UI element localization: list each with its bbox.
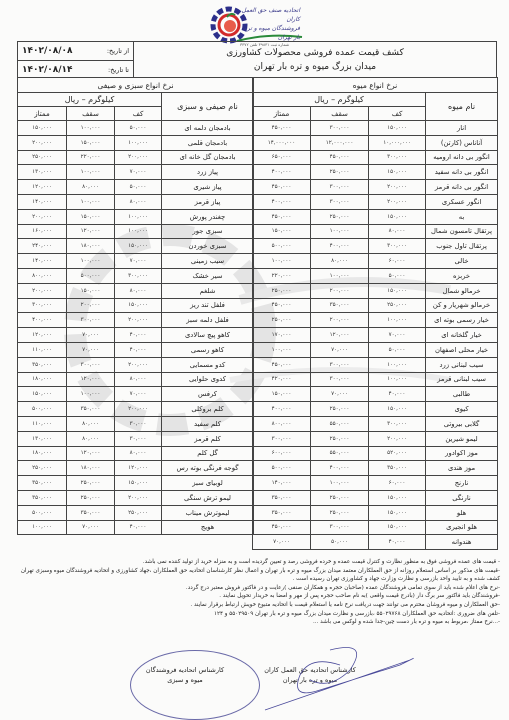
price-max: ۲۵۰,۰۰۰ xyxy=(67,476,115,491)
price-max: ۲۵۰,۰۰۰ xyxy=(311,490,369,505)
price-max: ۷۰,۰۰۰ xyxy=(67,342,115,357)
price-min: ۲۵۰,۰۰۰ xyxy=(115,505,162,520)
price-premium: ۴۰۰,۰۰۰ xyxy=(18,313,67,328)
footnote: -...نرخ ممتاز ،مربوط به میوه و تره بار د… xyxy=(10,618,500,627)
price-min: ۶۰,۰۰۰ xyxy=(369,254,426,269)
table-row: پیاز شیری۵۰,۰۰۰۸۰,۰۰۰۱۲۰,۰۰۰ xyxy=(18,180,254,195)
footnote: -حق العملکاران و میوه فروشان محترم می تو… xyxy=(10,601,500,610)
item-name: انگور بی دانه سفید xyxy=(426,165,498,180)
price-premium: ۴۵۰,۰۰۰ xyxy=(253,357,311,372)
table-row: لوبیای سبز۱۵۰,۰۰۰۲۵۰,۰۰۰۳۵۰,۰۰۰ xyxy=(18,476,254,491)
price-min: ۸۰,۰۰۰ xyxy=(115,283,162,298)
price-max: ۳۵۰,۰۰۰ xyxy=(311,298,369,313)
price-max: ۷۰,۰۰۰ xyxy=(67,520,115,535)
price-min: ۲۰۰,۰۰۰ xyxy=(115,402,162,417)
fruit-max-header: سقف xyxy=(311,107,369,121)
price-premium: ۱۸۰,۰۰۰ xyxy=(18,372,67,387)
fruit-name-header: نام میوه xyxy=(426,93,498,121)
price-min: ۱۵۰,۰۰۰ xyxy=(115,298,162,313)
price-max: ۴۵۰,۰۰۰ xyxy=(311,150,369,165)
fruit-unit-header: کیلوگرم – ریال xyxy=(253,93,426,107)
veg-min-header: کف xyxy=(115,107,162,121)
table-row: خیار رسمی بوته ای۱۰۰,۰۰۰۲۰۰,۰۰۰۲۵۰,۰۰۰ xyxy=(253,313,498,328)
price-premium: ۱۰۰,۰۰۰ xyxy=(253,254,311,269)
price-max: ۳۰۰,۰۰۰ xyxy=(311,520,369,535)
price-max: ۲۵۰,۰۰۰ xyxy=(311,209,369,224)
price-min: ۱۰۰,۰۰۰ xyxy=(115,224,162,239)
signature-title: کارشناس اتحادیه فروشندگان xyxy=(140,665,230,675)
item-name: شلغم xyxy=(162,283,254,298)
item-name: پیاز قرمز xyxy=(162,194,254,209)
title-line-1: کشف قیمت عمده فروشی محصولات کشاورزی xyxy=(134,46,496,60)
table-row: کاهو رسمی۴۰,۰۰۰۷۰,۰۰۰۱۱۰,۰۰۰ xyxy=(18,342,254,357)
price-min: ۴۰,۰۰۰ xyxy=(115,520,162,535)
table-row: هلو انجیری۱۵۰,۰۰۰۳۰۰,۰۰۰۴۵۰,۰۰۰ xyxy=(253,520,498,535)
logo-text: اتحادیه صنف حق العمل کاران فروشندگان میو… xyxy=(240,6,300,42)
table-row: کرفس۷۰,۰۰۰۱۰۰,۰۰۰۱۵۰,۰۰۰ xyxy=(18,387,254,402)
veg-section-title: نرخ انواع سبزی و صیفی xyxy=(18,78,254,93)
price-max: ۱۰۰,۰۰۰ xyxy=(67,165,115,180)
price-premium: ۲۰۰,۰۰۰ xyxy=(18,283,67,298)
item-name: فلفل دلمه سبز xyxy=(162,313,254,328)
price-max: ۵۵۰,۰۰۰ xyxy=(311,416,369,431)
item-name: فلفل تند ریز xyxy=(162,298,254,313)
table-row: نارنگی۱۵۰,۰۰۰۲۵۰,۰۰۰۳۵۰,۰۰۰ xyxy=(253,490,498,505)
table-row: لیموترش میناب۲۵۰,۰۰۰۳۵۰,۰۰۰۵۰۰,۰۰۰ xyxy=(18,505,254,520)
item-name: خرمالو شمال xyxy=(426,283,498,298)
price-max: ۳۰۰,۰۰۰ xyxy=(311,357,369,372)
table-row: طالبی۴۰,۰۰۰۷۰,۰۰۰۱۵۰,۰۰۰ xyxy=(253,387,498,402)
price-min: ۱۵۰,۰۰۰ xyxy=(369,283,426,298)
price-max: ۲۵۰,۰۰۰ xyxy=(311,505,369,520)
item-name: بادمجان قلمی xyxy=(162,135,254,150)
price-premium: ۶۰۰,۰۰۰ xyxy=(253,446,311,461)
item-name: لیمو ترش سنگی xyxy=(162,490,254,505)
price-min: ۳۰۰,۰۰۰ xyxy=(369,150,426,165)
price-min: ۳۵۰,۰۰۰ xyxy=(369,461,426,476)
price-min: ۱۵۰,۰۰۰ xyxy=(369,209,426,224)
price-min: ۴۰,۰۰۰ xyxy=(115,328,162,343)
item-name: خیار گلخانه ای xyxy=(426,328,498,343)
price-premium: ۵۰۰,۰۰۰ xyxy=(18,402,67,417)
signature-veg-union: کارشناس اتحادیه فروشندگان میوه و سبزی xyxy=(140,665,230,685)
item-name: به xyxy=(426,209,498,224)
footnote: -نرخ های اعلام شده باید از سوی تمامی فرو… xyxy=(10,584,500,593)
table-row: انگور بی دانه قرمز۲۰۰,۰۰۰۳۰۰,۰۰۰۴۵۰,۰۰۰ xyxy=(253,180,498,195)
veg-premium-header: ممتاز xyxy=(18,107,67,121)
price-premium: ۷۰,۰۰۰ xyxy=(253,535,311,550)
price-premium: ۲۵۰,۰۰۰ xyxy=(253,313,311,328)
table-row: کلم بروکلی۲۰۰,۰۰۰۳۵۰,۰۰۰۵۰۰,۰۰۰ xyxy=(18,402,254,417)
item-name: کاهو رسمی xyxy=(162,342,254,357)
price-max: ۴۰۰,۰۰۰ xyxy=(311,239,369,254)
item-name: نارنگی xyxy=(426,490,498,505)
price-min: ۲۰۰,۰۰۰ xyxy=(369,431,426,446)
table-row: انار۱۵۰,۰۰۰۳۰۰,۰۰۰۴۵۰,۰۰۰ xyxy=(253,121,498,136)
table-row: نارنج۶۰,۰۰۰۱۰۰,۰۰۰۱۴۰,۰۰۰ xyxy=(253,476,498,491)
item-name: کیوی xyxy=(426,402,498,417)
price-max: ۱۲۰,۰۰۰ xyxy=(67,224,115,239)
price-max: ۳۰۰,۰۰۰ xyxy=(311,121,369,136)
price-min: ۳۰,۰۰۰ xyxy=(115,431,162,446)
item-name: نارنج xyxy=(426,476,498,491)
price-premium: ۲۰۰,۰۰۰ xyxy=(18,209,67,224)
price-max: ۳۰۰,۰۰۰ xyxy=(67,313,115,328)
item-name: کدو مسمایی xyxy=(162,357,254,372)
price-max: ۱۲۰,۰۰۰ xyxy=(67,372,115,387)
item-name: موز هندی xyxy=(426,461,498,476)
price-min: ۷۰,۰۰۰ xyxy=(115,165,162,180)
fruit-section-title: نرخ انواع میوه xyxy=(253,78,498,93)
footnotes: - قیمت های عمده فروشی فوق به منظور نظارت… xyxy=(10,558,500,627)
table-row: بادمجان دلمه ای۵۰,۰۰۰۱۰۰,۰۰۰۱۵۰,۰۰۰ xyxy=(18,121,254,136)
price-max: ۱۵۰,۰۰۰ xyxy=(67,283,115,298)
item-name: خیار رسمی بوته ای xyxy=(426,313,498,328)
price-min: ۱۵۰,۰۰۰ xyxy=(369,402,426,417)
price-min: ۲۰۰,۰۰۰ xyxy=(369,180,426,195)
price-max: ۱۵۰,۰۰۰ xyxy=(67,209,115,224)
table-row: گلابی بیروتی۳۰۰,۰۰۰۵۵۰,۰۰۰۸۰۰,۰۰۰ xyxy=(253,416,498,431)
footnote: - قیمت های عمده فروشی فوق به منظور نظارت… xyxy=(10,558,500,567)
price-premium: ۲۰۰,۰۰۰ xyxy=(18,135,67,150)
item-name: کلم بروکلی xyxy=(162,402,254,417)
document-title: کشف قیمت عمده فروشی محصولات کشاورزی میدا… xyxy=(134,42,496,78)
veg-unit-header: کیلوگرم – ریال xyxy=(18,93,162,107)
item-name: پیاز زرد xyxy=(162,165,254,180)
item-name: گوجه فرنگی بوته رس xyxy=(162,461,254,476)
table-row: خیار گلخانه ای۷۰,۰۰۰۱۲۰,۰۰۰۱۷۰,۰۰۰ xyxy=(253,328,498,343)
table-row: پرتقال تامسون شمال۸۰,۰۰۰۱۰۰,۰۰۰۱۵۰,۰۰۰ xyxy=(253,224,498,239)
price-premium: ۴۰۰,۰۰۰ xyxy=(253,402,311,417)
price-min: ۳۰۰,۰۰۰ xyxy=(369,416,426,431)
price-min: ۵۲۰,۰۰۰ xyxy=(369,446,426,461)
price-premium: ۱۱۰,۰۰۰ xyxy=(18,342,67,357)
item-name: لوبیای سبز xyxy=(162,476,254,491)
item-name: طالبی xyxy=(426,387,498,402)
price-min: ۴۰,۰۰۰ xyxy=(369,387,426,402)
footnote: -تلفن های ضروری :اتحادیه حق العملکاران ۵… xyxy=(10,610,500,619)
table-row: انگور بی دانه ارومیه۳۰۰,۰۰۰۴۵۰,۰۰۰۶۵۰,۰۰… xyxy=(253,150,498,165)
price-premium: ۱۴۰,۰۰۰ xyxy=(18,194,67,209)
price-premium: ۳۰۰,۰۰۰ xyxy=(253,431,311,446)
item-name: پیاز شیری xyxy=(162,180,254,195)
item-name: خربزه xyxy=(426,268,498,283)
table-row: خالی۶۰,۰۰۰۸۰,۰۰۰۱۰۰,۰۰۰ xyxy=(253,254,498,269)
price-min: ۵۰,۰۰۰ xyxy=(115,121,162,136)
veg-max-header: سقف xyxy=(67,107,115,121)
price-min: ۱۵۰,۰۰۰ xyxy=(369,505,426,520)
document-header: از تاریخ: ۱۴۰۲/۰۸/۰۸ تا تاریخ: ۱۴۰۲/۰۸/۱… xyxy=(17,41,497,78)
price-premium: ۱۴,۰۰۰,۰۰۰ xyxy=(253,135,311,150)
from-date-row: از تاریخ: ۱۴۰۲/۰۸/۰۸ xyxy=(18,42,133,60)
price-premium: ۱۵۰,۰۰۰ xyxy=(18,121,67,136)
price-max: ۸۰,۰۰۰ xyxy=(67,180,115,195)
price-min: ۱۰,۰۰۰,۰۰۰ xyxy=(369,135,426,150)
price-max: ۴۰۰,۰۰۰ xyxy=(311,461,369,476)
price-min: ۱۵۰,۰۰۰ xyxy=(115,239,162,254)
price-max: ۳۰۰,۰۰۰ xyxy=(67,357,115,372)
table-row: سیب لبنانی زرد۱۰۰,۰۰۰۳۰۰,۰۰۰۴۵۰,۰۰۰ xyxy=(253,357,498,372)
price-premium: ۴۰۰,۰۰۰ xyxy=(253,165,311,180)
price-premium: ۴۵۰,۰۰۰ xyxy=(253,209,311,224)
to-date-label: تا تاریخ: xyxy=(108,66,129,74)
table-row: پرتقال تاول جنوب۳۰۰,۰۰۰۴۰۰,۰۰۰۵۰۰,۰۰۰ xyxy=(253,239,498,254)
title-line-2: میدان بزرگ میوه و تره بار تهران xyxy=(134,60,496,74)
item-name: خالی xyxy=(426,254,498,269)
item-name: پرتقال تاول جنوب xyxy=(426,239,498,254)
item-name: سیب لبنانی قرمز xyxy=(426,372,498,387)
price-min: ۲۰۰,۰۰۰ xyxy=(115,313,162,328)
item-name: لیمو شیرین xyxy=(426,431,498,446)
table-row: به۱۵۰,۰۰۰۲۵۰,۰۰۰۴۵۰,۰۰۰ xyxy=(253,209,498,224)
price-min: ۲۵۰,۰۰۰ xyxy=(369,298,426,313)
price-premium: ۴۰۰,۰۰۰ xyxy=(253,194,311,209)
item-name: آناناس (کارتن) xyxy=(426,135,498,150)
price-premium: ۶۵۰,۰۰۰ xyxy=(253,150,311,165)
price-max: ۸۰,۰۰۰ xyxy=(67,416,115,431)
price-max: ۸۰,۰۰۰ xyxy=(67,431,115,446)
price-min: ۱۵۰,۰۰۰ xyxy=(369,520,426,535)
item-name: کرفس xyxy=(162,387,254,402)
item-name: سیب زمینی xyxy=(162,254,254,269)
price-premium: ۱۵۰,۰۰۰ xyxy=(253,387,311,402)
price-premium: ۴۵۰,۰۰۰ xyxy=(253,520,311,535)
item-name: انگور عسکری xyxy=(426,194,498,209)
price-min: ۸۰,۰۰۰ xyxy=(115,372,162,387)
price-min: ۱۵۰,۰۰۰ xyxy=(369,165,426,180)
item-name: انگور بی دانه ارومیه xyxy=(426,150,498,165)
item-name: پرتقال تامسون شمال xyxy=(426,224,498,239)
price-max: ۳۵۰,۰۰۰ xyxy=(67,402,115,417)
price-max: ۱۰۰,۰۰۰ xyxy=(67,194,115,209)
fruit-min-header: کف xyxy=(369,107,426,121)
table-row: سیر خشک۳۰۰,۰۰۰۵۰۰,۰۰۰۸۰۰,۰۰۰ xyxy=(18,268,254,283)
price-premium: ۱۸۰,۰۰۰ xyxy=(18,446,67,461)
table-row: هویج۴۰,۰۰۰۷۰,۰۰۰۱۰۰,۰۰۰ xyxy=(18,520,254,535)
table-row: گل کلم۸۰,۰۰۰۱۲۰,۰۰۰۱۸۰,۰۰۰ xyxy=(18,446,254,461)
price-premium: ۴۲۰,۰۰۰ xyxy=(253,372,311,387)
table-row: کلم قرمز۳۰,۰۰۰۸۰,۰۰۰۱۳۰,۰۰۰ xyxy=(18,431,254,446)
price-premium: ۱۳۰,۰۰۰ xyxy=(18,165,67,180)
price-min: ۷۰,۰۰۰ xyxy=(115,387,162,402)
table-row: موز هندی۳۵۰,۰۰۰۴۰۰,۰۰۰۵۰۰,۰۰۰ xyxy=(253,461,498,476)
price-max: ۱۰۰,۰۰۰ xyxy=(67,121,115,136)
price-min: ۳۰,۰۰۰ xyxy=(115,416,162,431)
table-row: آناناس (کارتن)۱۰,۰۰۰,۰۰۰۱۲,۰۰۰,۰۰۰۱۴,۰۰۰… xyxy=(253,135,498,150)
price-min: ۵۰,۰۰۰ xyxy=(115,180,162,195)
table-row: کلم سفید۳۰,۰۰۰۸۰,۰۰۰۱۱۰,۰۰۰ xyxy=(18,416,254,431)
price-premium: ۱۲۰,۰۰۰ xyxy=(18,328,67,343)
table-row: بادمجان قلمی۱۰۰,۰۰۰۱۵۰,۰۰۰۲۰۰,۰۰۰ xyxy=(18,135,254,150)
price-min: ۱۵۰,۰۰۰ xyxy=(115,476,162,491)
item-name: خرمالو شهریار و کن xyxy=(426,298,498,313)
price-min: ۱۰۰,۰۰۰ xyxy=(115,209,162,224)
item-name: سبزی جور xyxy=(162,224,254,239)
price-min: ۸۰,۰۰۰ xyxy=(115,446,162,461)
item-name: خیار محلی اصفهان xyxy=(426,342,498,357)
price-max: ۲۰۰,۰۰۰ xyxy=(311,283,369,298)
price-max: ۱۲,۰۰۰,۰۰۰ xyxy=(311,135,369,150)
table-row: پیاز قرمز۸۰,۰۰۰۱۰۰,۰۰۰۱۴۰,۰۰۰ xyxy=(18,194,254,209)
table-row: هندوانه۴۰,۰۰۰۵۰,۰۰۰۷۰,۰۰۰ xyxy=(253,535,498,550)
price-max: ۵۵۰,۰۰۰ xyxy=(311,446,369,461)
price-premium: ۱۷۰,۰۰۰ xyxy=(253,328,311,343)
table-row: چغندر پورش۱۰۰,۰۰۰۱۵۰,۰۰۰۲۰۰,۰۰۰ xyxy=(18,209,254,224)
item-name: هلو xyxy=(426,505,498,520)
price-premium: ۵۰۰,۰۰۰ xyxy=(253,239,311,254)
price-max: ۲۵۰,۰۰۰ xyxy=(311,431,369,446)
price-premium: ۲۵۰,۰۰۰ xyxy=(253,283,311,298)
price-max: ۷۰,۰۰۰ xyxy=(311,342,369,357)
table-row: خرمالو شمال۱۵۰,۰۰۰۲۰۰,۰۰۰۲۵۰,۰۰۰ xyxy=(253,283,498,298)
price-premium: ۴۵۰,۰۰۰ xyxy=(253,298,311,313)
price-max: ۱۰۰,۰۰۰ xyxy=(311,224,369,239)
price-max: ۱۲۰,۰۰۰ xyxy=(311,328,369,343)
price-min: ۶۰,۰۰۰ xyxy=(369,476,426,491)
table-row: کدو مسمایی۲۰۰,۰۰۰۳۰۰,۰۰۰۳۵۰,۰۰۰ xyxy=(18,357,254,372)
item-name: بادمجان دلمه ای xyxy=(162,121,254,136)
price-min: ۷۰,۰۰۰ xyxy=(369,328,426,343)
price-max: ۷۰,۰۰۰ xyxy=(311,387,369,402)
table-row: شلغم۸۰,۰۰۰۱۵۰,۰۰۰۲۰۰,۰۰۰ xyxy=(18,283,254,298)
price-premium: ۱۱۰,۰۰۰ xyxy=(18,416,67,431)
table-row: فلفل دلمه سبز۲۰۰,۰۰۰۳۰۰,۰۰۰۴۰۰,۰۰۰ xyxy=(18,313,254,328)
table-row: فلفل تند ریز۱۵۰,۰۰۰۲۰۰,۰۰۰۳۰۰,۰۰۰ xyxy=(18,298,254,313)
table-row: بادمجان گل خانه ای۲۰۰,۰۰۰۲۲۰,۰۰۰۲۵۰,۰۰۰ xyxy=(18,150,254,165)
price-premium: ۵۰۰,۰۰۰ xyxy=(18,505,67,520)
price-min: ۴۰,۰۰۰ xyxy=(115,342,162,357)
price-min: ۸۰,۰۰۰ xyxy=(369,224,426,239)
price-max: ۱۸۰,۰۰۰ xyxy=(67,461,115,476)
table-row: کاهو پیچ سالادی۴۰,۰۰۰۷۰,۰۰۰۱۲۰,۰۰۰ xyxy=(18,328,254,343)
date-range-box: از تاریخ: ۱۴۰۲/۰۸/۰۸ تا تاریخ: ۱۴۰۲/۰۸/۱… xyxy=(18,42,134,78)
price-max: ۵۰,۰۰۰ xyxy=(311,535,369,550)
item-name: لیموترش میناب xyxy=(162,505,254,520)
item-name: انار xyxy=(426,121,498,136)
price-premium: ۱۶۰,۰۰۰ xyxy=(18,224,67,239)
table-row: لیمو ترش سنگی۲۰۰,۰۰۰۲۵۰,۰۰۰۳۵۰,۰۰۰ xyxy=(18,490,254,505)
price-premium: ۲۴۰,۰۰۰ xyxy=(18,239,67,254)
table-row: گوجه فرنگی بوته رس۱۲۰,۰۰۰۱۸۰,۰۰۰۲۵۰,۰۰۰ xyxy=(18,461,254,476)
item-name: انگور بی دانه قرمز xyxy=(426,180,498,195)
fruit-price-table: نرخ انواع میوه نام میوه کیلوگرم – ریال ک… xyxy=(252,77,498,550)
item-name: هلو انجیری xyxy=(426,520,498,535)
item-name: کلم قرمز xyxy=(162,431,254,446)
handwritten-signature-icon xyxy=(260,645,430,715)
item-name: کدوی حلوایی xyxy=(162,372,254,387)
price-premium: ۴۵۰,۰۰۰ xyxy=(253,121,311,136)
price-premium: ۲۵۰,۰۰۰ xyxy=(18,461,67,476)
to-date-row: تا تاریخ: ۱۴۰۲/۰۸/۱۴ xyxy=(18,60,133,78)
signature-subtitle: میوه و سبزی xyxy=(140,675,230,685)
price-max: ۳۵۰,۰۰۰ xyxy=(67,505,115,520)
price-min: ۵۰,۰۰۰ xyxy=(369,268,426,283)
price-min: ۱۰۰,۰۰۰ xyxy=(369,372,426,387)
price-max: ۲۰۰,۰۰۰ xyxy=(311,313,369,328)
price-min: ۱۲۰,۰۰۰ xyxy=(115,461,162,476)
price-premium: ۵۰۰,۰۰۰ xyxy=(253,461,311,476)
price-premium: ۲۲۰,۰۰۰ xyxy=(253,268,311,283)
price-premium: ۲۵۰,۰۰۰ xyxy=(18,150,67,165)
item-name: بادمجان گل خانه ای xyxy=(162,150,254,165)
price-min: ۲۰۰,۰۰۰ xyxy=(369,194,426,209)
table-row: لیمو شیرین۲۰۰,۰۰۰۲۵۰,۰۰۰۳۰۰,۰۰۰ xyxy=(253,431,498,446)
price-premium: ۳۵۰,۰۰۰ xyxy=(18,476,67,491)
logo-line-2: فروشندگان میوه و تره بار تهران xyxy=(240,24,300,42)
price-min: ۱۵۰,۰۰۰ xyxy=(369,490,426,505)
price-max: ۳۰۰,۰۰۰ xyxy=(311,372,369,387)
price-max: ۲۲۰,۰۰۰ xyxy=(67,150,115,165)
table-row: کیوی۱۵۰,۰۰۰۲۵۰,۰۰۰۴۰۰,۰۰۰ xyxy=(253,402,498,417)
price-max: ۳۰۰,۰۰۰ xyxy=(311,180,369,195)
vegetable-price-table: نرخ انواع سبزی و صیفی نام صیفی و سبزی کی… xyxy=(17,77,254,535)
item-name: سیر خشک xyxy=(162,268,254,283)
from-date-value: ۱۴۰۲/۰۸/۰۸ xyxy=(22,46,73,56)
table-row: انگور بی دانه سفید۱۵۰,۰۰۰۲۵۰,۰۰۰۴۰۰,۰۰۰ xyxy=(253,165,498,180)
veg-name-header: نام صیفی و سبزی xyxy=(162,93,254,121)
item-name: سیب لبنانی زرد xyxy=(426,357,498,372)
table-row: سبزی جور۱۰۰,۰۰۰۱۲۰,۰۰۰۱۶۰,۰۰۰ xyxy=(18,224,254,239)
price-premium: ۱۵۰,۰۰۰ xyxy=(253,224,311,239)
price-max: ۱۰۰,۰۰۰ xyxy=(311,268,369,283)
item-name: سبزی خوردن xyxy=(162,239,254,254)
price-premium: ۱۵۰,۰۰۰ xyxy=(18,387,67,402)
price-min: ۳۰۰,۰۰۰ xyxy=(115,268,162,283)
price-premium: ۱۴۰,۰۰۰ xyxy=(18,254,67,269)
price-max: ۱۰۰,۰۰۰ xyxy=(67,387,115,402)
item-name: هویج xyxy=(162,520,254,535)
price-premium: ۳۵۰,۰۰۰ xyxy=(18,490,67,505)
price-min: ۵۰,۰۰۰ xyxy=(369,342,426,357)
price-min: ۳۰۰,۰۰۰ xyxy=(369,239,426,254)
price-min: ۱۰۰,۰۰۰ xyxy=(369,357,426,372)
item-name: موز اکوادور xyxy=(426,446,498,461)
price-min: ۲۰۰,۰۰۰ xyxy=(115,357,162,372)
table-row: خربزه۵۰,۰۰۰۱۰۰,۰۰۰۲۲۰,۰۰۰ xyxy=(253,268,498,283)
table-row: کدوی حلوایی۸۰,۰۰۰۱۲۰,۰۰۰۱۸۰,۰۰۰ xyxy=(18,372,254,387)
price-premium: ۳۵۰,۰۰۰ xyxy=(253,490,311,505)
table-row: پیاز زرد۷۰,۰۰۰۱۰۰,۰۰۰۱۳۰,۰۰۰ xyxy=(18,165,254,180)
price-max: ۱۰۰,۰۰۰ xyxy=(67,254,115,269)
price-max: ۵۰۰,۰۰۰ xyxy=(67,268,115,283)
footnote: -فروشندگان باید فاکتور سر برگ دار (بادرج… xyxy=(10,592,500,601)
price-max: ۱۰۰,۰۰۰ xyxy=(311,476,369,491)
price-premium: ۳۰۰,۰۰۰ xyxy=(18,298,67,313)
price-premium: ۸۰۰,۰۰۰ xyxy=(18,268,67,283)
item-name: گلابی بیروتی xyxy=(426,416,498,431)
price-max: ۲۵۰,۰۰۰ xyxy=(67,490,115,505)
footnote: -قیمت های مذکور بر اساس استعلام روزانه ا… xyxy=(10,567,500,584)
price-max: ۲۵۰,۰۰۰ xyxy=(311,402,369,417)
price-min: ۱۰۰,۰۰۰ xyxy=(115,135,162,150)
table-row: انگور عسکری۲۰۰,۰۰۰۳۰۰,۰۰۰۴۰۰,۰۰۰ xyxy=(253,194,498,209)
to-date-value: ۱۴۰۲/۰۸/۱۴ xyxy=(22,65,73,75)
table-row: سیب زمینی۷۰,۰۰۰۱۰۰,۰۰۰۱۴۰,۰۰۰ xyxy=(18,254,254,269)
price-premium: ۱۳۰,۰۰۰ xyxy=(18,431,67,446)
price-min: ۴۰,۰۰۰ xyxy=(369,535,426,550)
price-max: ۱۵۰,۰۰۰ xyxy=(67,135,115,150)
price-max: ۱۲۰,۰۰۰ xyxy=(67,446,115,461)
price-premium: ۸۰۰,۰۰۰ xyxy=(253,416,311,431)
price-premium: ۴۵۰,۰۰۰ xyxy=(253,180,311,195)
price-premium: ۱۰۰,۰۰۰ xyxy=(18,520,67,535)
price-min: ۸۰,۰۰۰ xyxy=(115,194,162,209)
table-row: هلو۱۵۰,۰۰۰۲۵۰,۰۰۰۳۵۰,۰۰۰ xyxy=(253,505,498,520)
logo-line-1: اتحادیه صنف حق العمل کاران xyxy=(240,6,300,24)
table-row: خیار محلی اصفهان۵۰,۰۰۰۷۰,۰۰۰۱۰۰,۰۰۰ xyxy=(253,342,498,357)
price-max: ۱۸۰,۰۰۰ xyxy=(67,239,115,254)
from-date-label: از تاریخ: xyxy=(107,47,129,55)
